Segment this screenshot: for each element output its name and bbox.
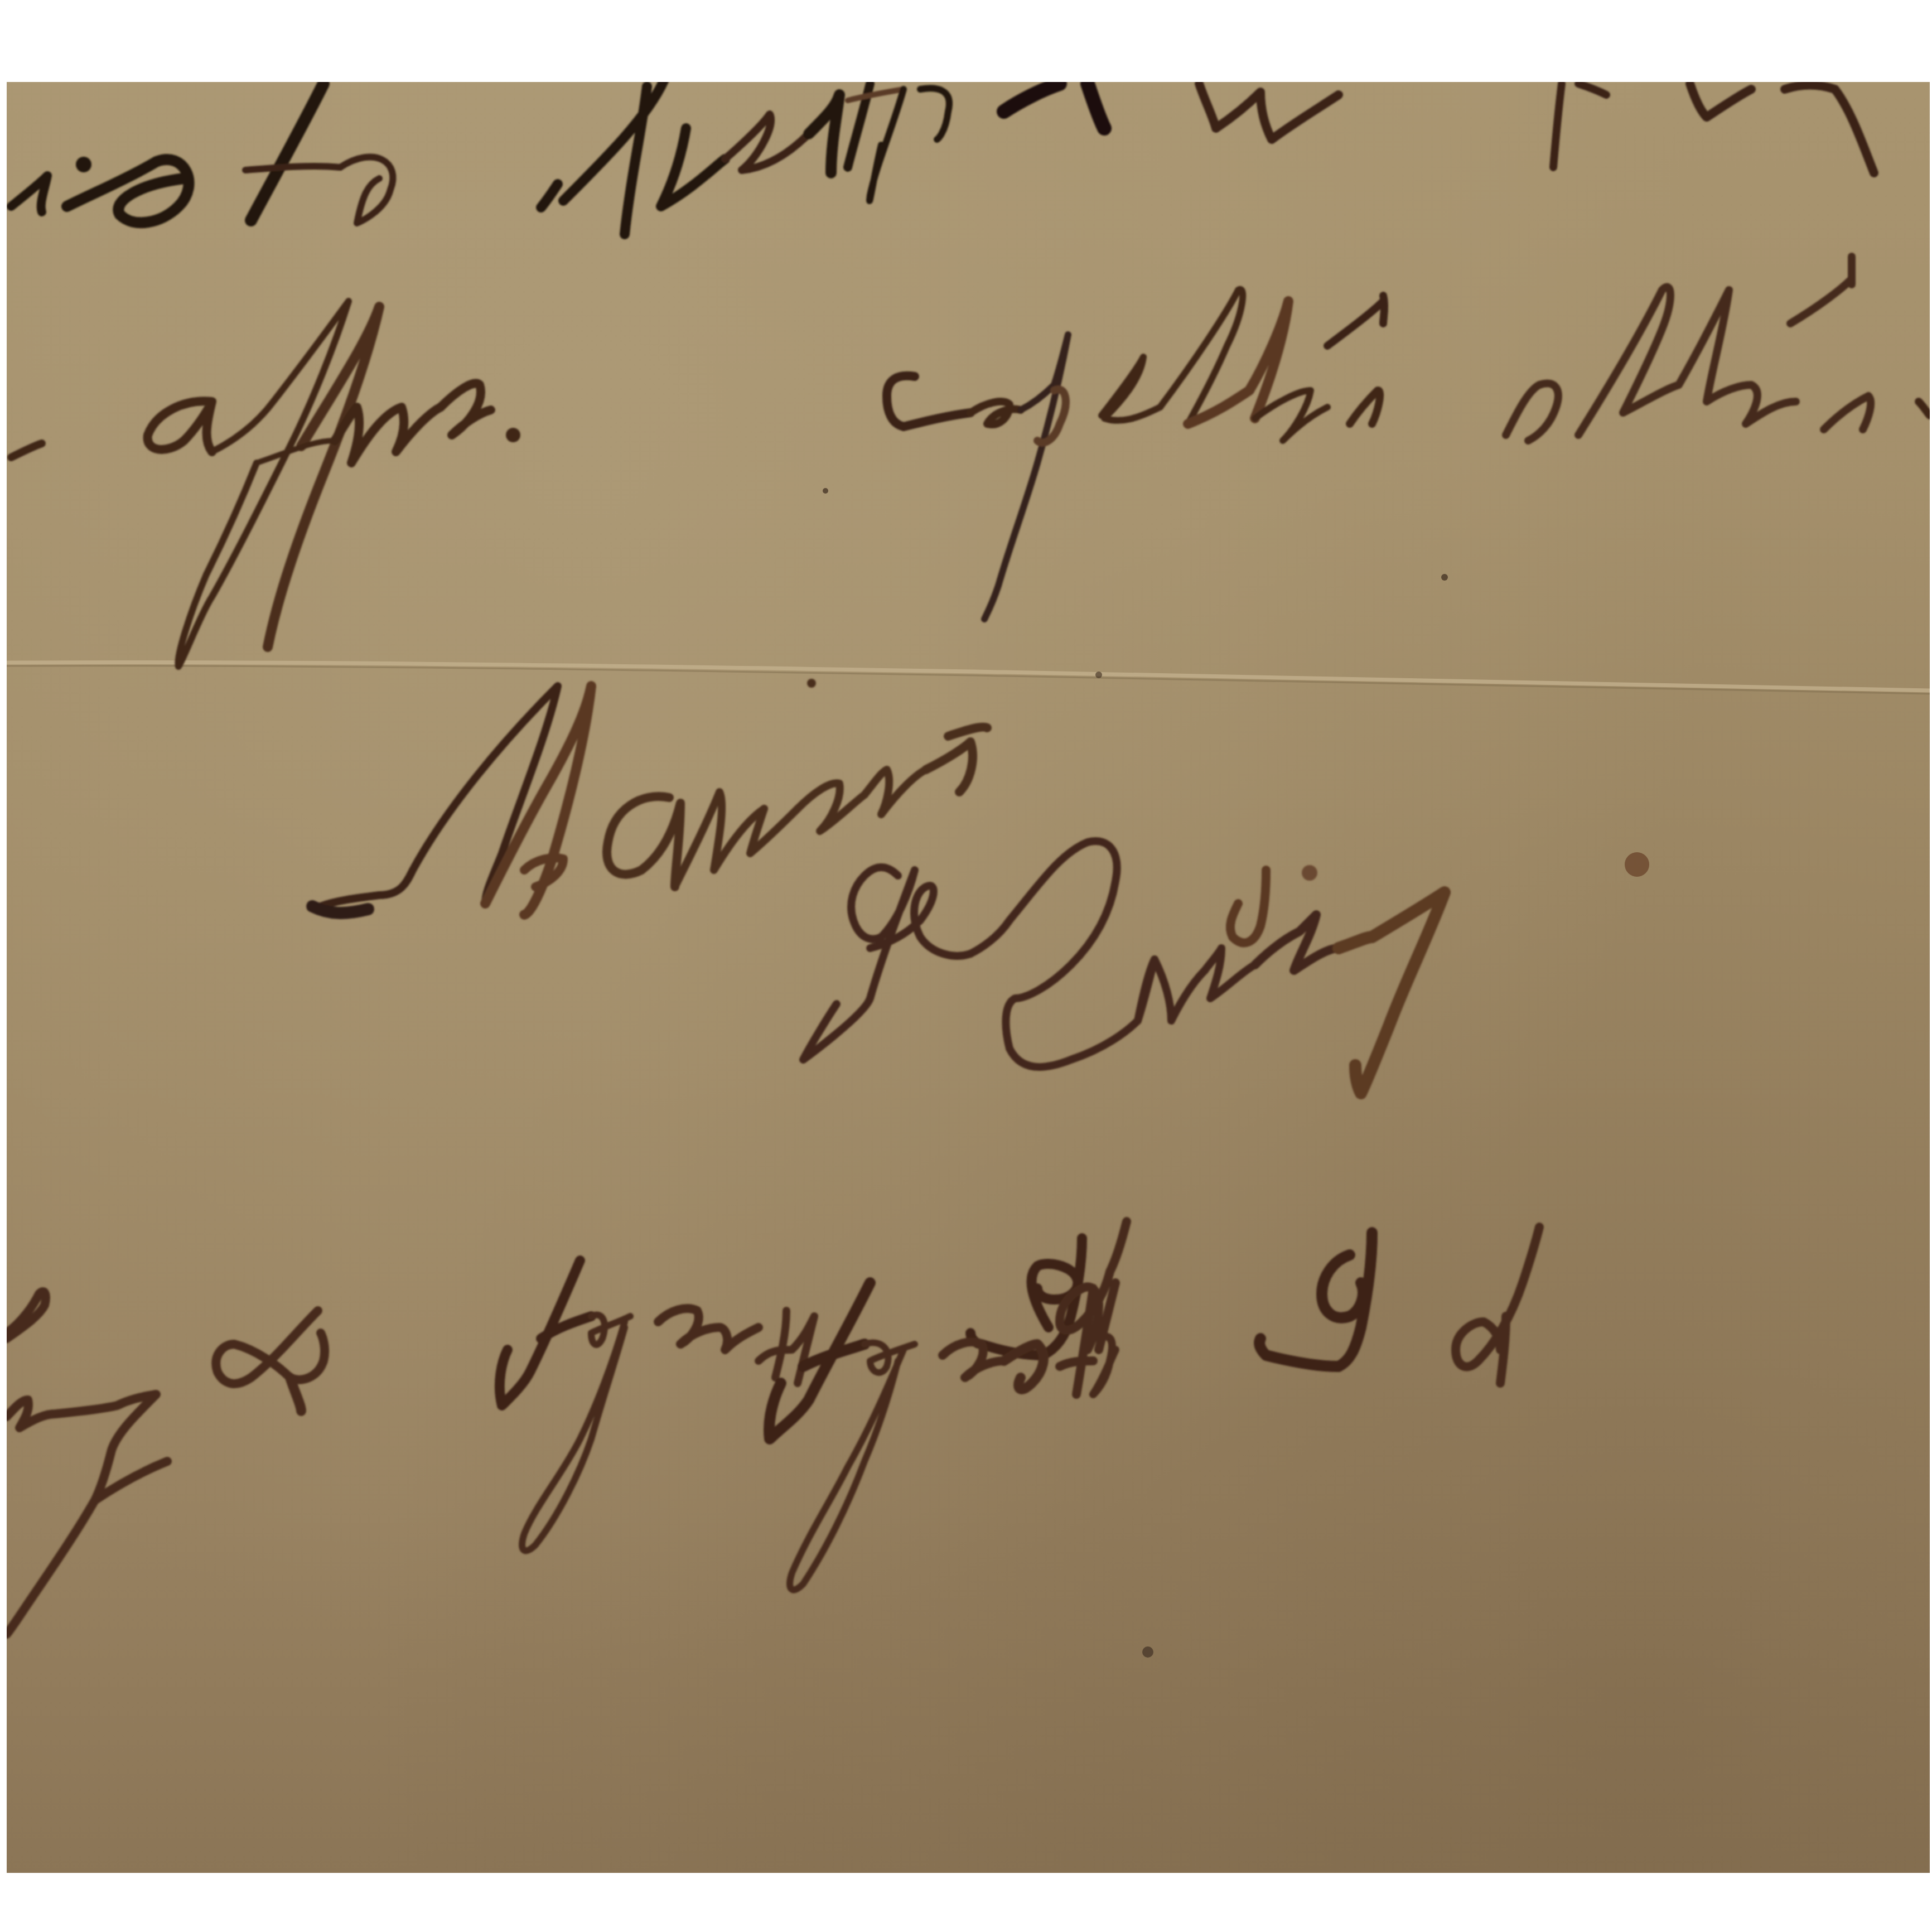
letter-paper: isto Nuestro Señ affmo. capellán Mariano… — [7, 82, 1930, 1873]
ink-spots — [823, 488, 1649, 1658]
ink-spot-1 — [1625, 852, 1649, 877]
signature-de-cavia — [803, 841, 1445, 1093]
line-2-affmo-capellan — [11, 257, 1930, 666]
line-1-isto-nuestro-senor — [11, 82, 1874, 234]
date-line — [7, 1221, 1127, 1634]
date-agosto-92 — [769, 1227, 1539, 1590]
fold-line — [7, 662, 1930, 694]
signature-mariano — [312, 679, 987, 915]
ink-spot-2 — [1142, 1646, 1153, 1658]
handwriting-canvas — [7, 82, 1930, 1873]
